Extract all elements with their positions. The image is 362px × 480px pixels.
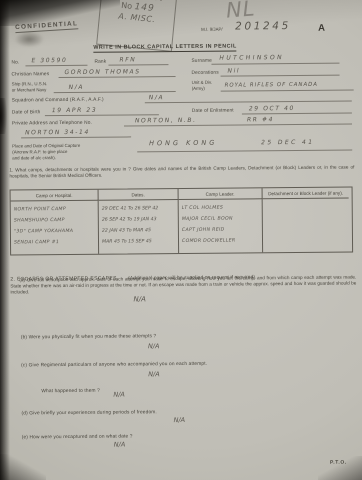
field-capture-date-value: 25 DEC 41	[261, 139, 314, 146]
corner-letter: A	[318, 23, 326, 34]
field-no-value: E 30590	[31, 57, 67, 64]
field-ship-value: N/A	[69, 84, 84, 91]
form-instruction-header: WRITE IN BLOCK CAPITAL LETTERS IN PENCIL	[93, 44, 237, 53]
camp-name: SENDAI CAMP #1	[14, 237, 97, 249]
form-content: CONFIDENTIAL BLOCK No 149 A. MISC. NL M.…	[0, 0, 362, 480]
block-no-value: 149	[134, 2, 155, 14]
question-2b-text: (b) Were you physically fit when you mad…	[21, 334, 157, 340]
camps-column-camp: NORTH POINT CAMP SHAMSHUIPO CAMP "3D" CA…	[11, 201, 99, 255]
question-2d-text: (d) Give briefly your experiences during…	[21, 410, 156, 416]
question-2c-text: (c) Give Regimental particulars of anyon…	[21, 362, 207, 369]
field-squadron-value: N/A	[149, 94, 164, 101]
field-unit-value: ROYAL RIFLES OF CANADA	[225, 82, 318, 89]
camp-leader: CAPT JOHN REID	[182, 225, 261, 237]
field-dob-value: 19 APR 23	[52, 107, 97, 114]
camps-column-dates: 29 DEC 41 To 26 SEP 42 26 SEP 42 To 19 J…	[99, 200, 179, 254]
field-decorations-label: Decorations	[192, 71, 219, 76]
camp-name: "3D" CAMP YOKAHAMA	[14, 226, 97, 238]
mi9-reference-label: M.I. 9/JAP/	[201, 27, 223, 32]
field-capture-label-line3: and date of a/c crash).	[12, 155, 56, 160]
answer-line	[242, 113, 352, 115]
question-2e-text: (e) How were you recaptured and on what …	[22, 434, 133, 440]
field-unit-label-line2: (Army)	[192, 86, 205, 91]
camp-leader: MAJOR CECIL BOON	[182, 214, 261, 226]
camps-column-block-leader	[263, 199, 349, 253]
camp-dates: 29 DEC 41 To 26 SEP 42	[102, 203, 177, 215]
camps-table-header-block-leader: Detachment or Block Leader (if any).	[263, 188, 349, 200]
field-capture-label-line1: Place and Date of Original Capture	[12, 143, 80, 149]
field-capture-label-line2: (Aircrew R.A.F. to give place	[12, 149, 67, 154]
field-rank-label: Rank	[94, 60, 106, 65]
field-ship-label-line1: Ship (R.N., U.S.N.	[12, 81, 48, 86]
photo-dark-corner-bottom-right	[318, 456, 362, 480]
question-1-text: 1. What camps, detachments or hospitals …	[9, 164, 354, 179]
answer-2e: N/A	[114, 440, 126, 448]
field-decorations-value: Nil	[227, 67, 240, 74]
camp-dates: 22 JAN 43 To MAR 45	[102, 225, 177, 237]
field-ship-label-line2: or Merchant Navy	[12, 87, 47, 92]
field-surname-label: Surname	[191, 59, 212, 64]
field-no-label: No.	[11, 60, 19, 65]
nl-pencil-mark: NL	[225, 0, 256, 23]
field-address-value-line2: NORTON 34-14	[25, 129, 90, 137]
field-unit-label-line1: Unit & Div.	[192, 80, 212, 85]
camp-block-leader	[266, 202, 348, 203]
answer-2b: N/A	[148, 342, 160, 350]
photo-dark-corner-bottom-left	[0, 454, 46, 480]
field-capture-place-value: HONG KONG	[149, 139, 217, 148]
answer-line	[221, 89, 354, 91]
answer-line	[145, 101, 352, 104]
question-2c-what-happened-text: What happened to them ?	[41, 389, 100, 395]
camp-block-leader	[266, 202, 348, 203]
field-address-label: Private Address and Telephone No.	[12, 121, 92, 127]
scanned-document-photo: CONFIDENTIAL BLOCK No 149 A. MISC. NL M.…	[0, 0, 362, 480]
answer-line	[211, 63, 339, 65]
camps-column-leader: LT COL HOLMES MAJOR CECIL BOON CAPT JOHN…	[179, 200, 263, 254]
answer-line	[137, 150, 352, 153]
question-2a-text: (a) Give full description and approx. da…	[10, 274, 356, 295]
block-no-label: No	[121, 1, 133, 11]
field-surname-value: HUTCHINSON	[219, 54, 284, 62]
camp-dates: 26 SEP 42 To 19 JAN 43	[102, 214, 177, 226]
mi9-reference-number: 201245	[235, 20, 291, 32]
field-address-value-rr: RR #4	[247, 116, 274, 123]
field-enlistment-value: 29 OCT 40	[249, 105, 295, 112]
answer-2c: N/A	[148, 370, 160, 378]
camps-table-header-leader: Camp Leader.	[179, 188, 263, 200]
field-enlistment-label: Date of Enlistment	[192, 109, 234, 114]
answer-2c-what-happened: N/A	[113, 390, 125, 398]
camps-table-header-camp: Camp or Hospital.	[11, 190, 99, 202]
answer-2d: N/A	[174, 416, 186, 424]
answer-line	[59, 76, 176, 78]
photo-dark-edge-left	[0, 0, 10, 480]
answer-line	[21, 136, 131, 138]
camps-table: Camp or Hospital. Dates. Camp Leader. De…	[10, 187, 354, 256]
answer-line	[25, 65, 87, 67]
photo-dark-notch-left	[0, 98, 9, 134]
camp-leader: COMDR DOCWELLER	[182, 236, 261, 248]
field-christian-names-value: GORDON THOMAS	[65, 68, 141, 76]
field-christian-names-label: Christian Names	[12, 72, 50, 77]
answer-line	[45, 114, 159, 116]
answer-line	[221, 75, 340, 77]
photo-dark-corner-top-left	[0, 0, 120, 26]
answer-line	[54, 91, 176, 93]
field-rank-value: RFN	[119, 56, 136, 63]
camp-name: NORTH POINT CAMP	[14, 204, 97, 216]
smudge-mark	[14, 31, 44, 47]
answer-2a: N/A	[133, 295, 145, 303]
camp-block-leader	[266, 202, 348, 203]
camp-dates: MAR 45 To 15 SEP 45	[102, 236, 177, 248]
camp-leader: LT COL HOLMES	[182, 203, 261, 215]
field-dob-label: Date of Birth	[12, 110, 41, 115]
camps-table-header-dates: Dates.	[99, 189, 179, 201]
camp-block-leader	[266, 202, 348, 203]
answer-line	[108, 64, 168, 66]
camp-name: SHAMSHUIPO CAMP	[14, 215, 97, 227]
field-address-value: NORTON, N.B.	[135, 117, 197, 125]
field-squadron-label: Squadron and Command (R.A.F., A.A.F.)	[12, 98, 104, 104]
